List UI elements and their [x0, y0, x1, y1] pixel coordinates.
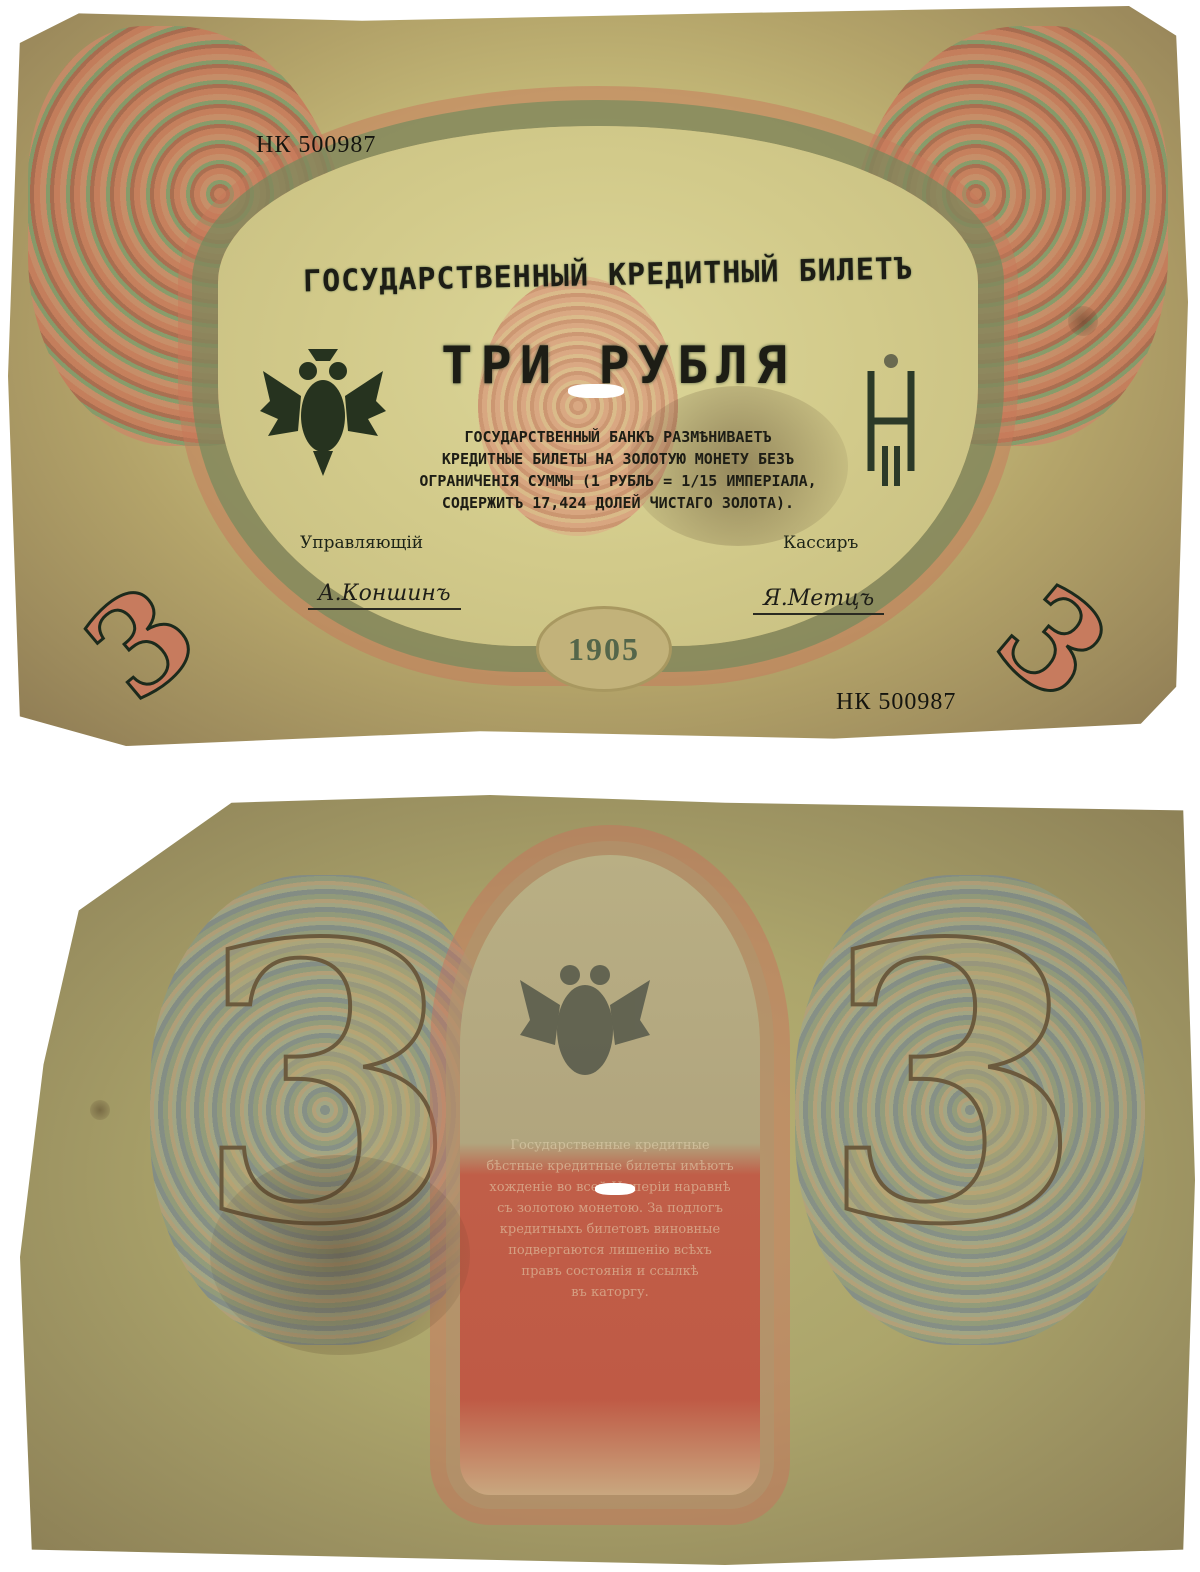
- back-text-line: съ золотою монетою. За подлогъ: [470, 1198, 750, 1219]
- nicholas-ii-monogram-icon: [856, 351, 926, 491]
- stain: [210, 1155, 470, 1355]
- back-warning-text: Государственные кредитные бѣстные кредит…: [470, 1135, 750, 1303]
- denomination-numeral-right: 3: [969, 555, 1137, 730]
- back-numeral-right: 3: [820, 895, 1084, 1275]
- cashier-signature: Я.Метцъ: [753, 586, 884, 615]
- back-text-line: бѣстные кредитные билеты имѣютъ: [470, 1156, 750, 1177]
- exchange-line: ГОСУДАРСТВЕННЫЙ БАНКЪ РАЗМѢНИВАЕТЪ: [403, 426, 833, 448]
- exchange-line: КРЕДИТНЫЕ БИЛЕТЫ НА ЗОЛОТУЮ МОНЕТУ БЕЗЪ: [403, 448, 833, 470]
- paper-hole: [568, 384, 624, 398]
- exchange-clause: ГОСУДАРСТВЕННЫЙ БАНКЪ РАЗМѢНИВАЕТЪ КРЕДИ…: [403, 426, 833, 514]
- manager-label: Управляющій: [300, 533, 423, 553]
- back-text-line: правъ состоянія и ссылкѣ: [470, 1261, 750, 1282]
- back-text-line: кредитныхъ билетовъ виновные: [470, 1219, 750, 1240]
- banknote-front: НК 500987 ГОСУДАРСТВЕННЫЙ КРЕДИТНЫЙ БИЛЕ…: [8, 6, 1188, 746]
- year-medallion: 1905: [536, 606, 672, 692]
- exchange-line: СОДЕРЖИТЪ 17,424 ДОЛЕЙ ЧИСТАГО ЗОЛОТА).: [403, 492, 833, 514]
- manager-signature: А.Коншинъ: [308, 581, 461, 610]
- serial-number-top: НК 500987: [256, 132, 376, 159]
- stain: [90, 1100, 110, 1120]
- back-text-line: подвергаются лишенію всѣхъ: [470, 1240, 750, 1261]
- back-text-line: Государственные кредитные: [470, 1135, 750, 1156]
- exchange-line: ОГРАНИЧЕНІЯ СУММЫ (1 РУБЛЬ = 1/15 ИМПЕРІ…: [403, 470, 833, 492]
- stain: [1068, 306, 1098, 336]
- issue-year: 1905: [568, 631, 640, 668]
- back-text-line: въ каторгу.: [470, 1282, 750, 1303]
- double-headed-eagle-icon: [258, 341, 388, 481]
- denomination-numeral-left: 3: [57, 555, 225, 730]
- paper-hole: [595, 1183, 635, 1195]
- cashier-label: Кассиръ: [783, 533, 858, 553]
- serial-number-bottom: НК 500987: [836, 689, 956, 716]
- double-headed-eagle-icon: [515, 945, 655, 1095]
